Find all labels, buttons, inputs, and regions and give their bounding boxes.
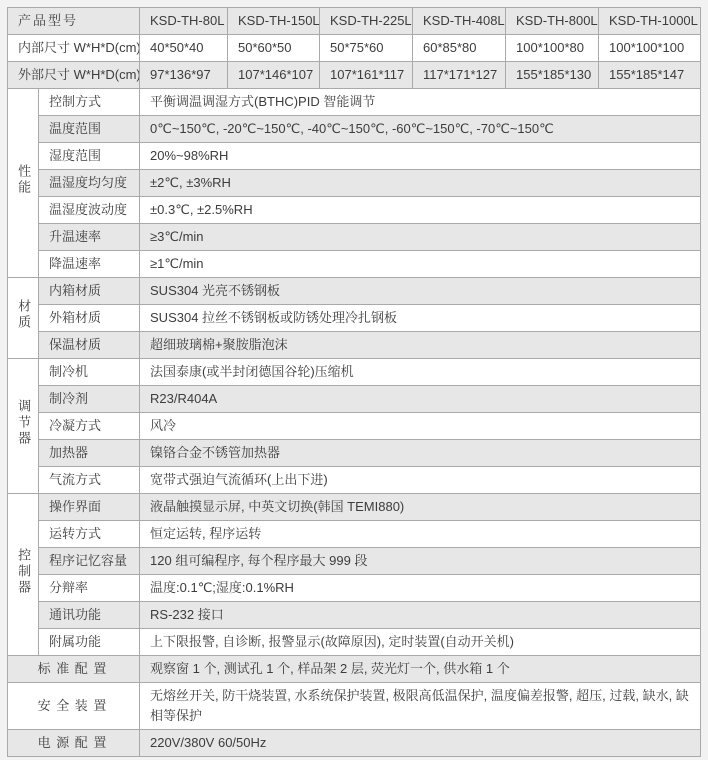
spec-row: 附属功能 上下限报警, 自诊断, 报警显示(故障原因), 定时装置(自动开关机) <box>8 629 701 656</box>
group-label: 材质 <box>14 299 32 331</box>
row-value: 无熔丝开关, 防干烧装置, 水系统保护装置, 极限高低温保护, 温度偏差报警, … <box>140 683 701 730</box>
row-label: 温湿度均匀度 <box>39 170 140 197</box>
row-label: 冷凝方式 <box>39 413 140 440</box>
spec-row: 通讯功能 RS-232 接口 <box>8 602 701 629</box>
row-value: 220V/380V 60/50Hz <box>140 730 701 757</box>
row-label: 内箱材质 <box>39 278 140 305</box>
spec-row: 温度范围 0℃~150℃, -20℃~150℃, -40℃~150℃, -60℃… <box>8 116 701 143</box>
spec-row: 调节器 制冷机 法国泰康(或半封闭德国谷轮)压缩机 <box>8 359 701 386</box>
row-value: 0℃~150℃, -20℃~150℃, -40℃~150℃, -60℃~150℃… <box>140 116 701 143</box>
group-cell-performance: 性能 <box>8 89 39 278</box>
dim-cell: 50*60*50 <box>228 35 320 62</box>
model-cell: KSD-TH-225L <box>320 8 413 35</box>
spec-row: 程序记忆容量 120 组可编程序, 每个程序最大 999 段 <box>8 548 701 575</box>
group-label: 控制器 <box>14 548 32 596</box>
model-header-row: 产品型号 KSD-TH-80L KSD-TH-150L KSD-TH-225L … <box>8 8 701 35</box>
row-label: 降温速率 <box>39 251 140 278</box>
spec-row: 温湿度波动度 ±0.3℃, ±2.5%RH <box>8 197 701 224</box>
row-value: R23/R404A <box>140 386 701 413</box>
dim-cell: 100*100*80 <box>506 35 599 62</box>
dim-cell: 117*171*127 <box>413 62 506 89</box>
model-cell: KSD-TH-80L <box>140 8 228 35</box>
spec-row: 保温材质 超细玻璃棉+聚胺脂泡沫 <box>8 332 701 359</box>
row-label: 气流方式 <box>39 467 140 494</box>
model-cell: KSD-TH-1000L <box>599 8 701 35</box>
spec-row: 控制器 操作界面 液晶触摸显示屏, 中英文切换(韩国 TEMI880) <box>8 494 701 521</box>
row-label: 附属功能 <box>39 629 140 656</box>
row-label: 温度范围 <box>39 116 140 143</box>
dim-cell: 100*100*100 <box>599 35 701 62</box>
row-value: 温度:0.1℃;湿度:0.1%RH <box>140 575 701 602</box>
standard-config-row: 标 准 配 置 观察窗 1 个, 测试孔 1 个, 样品架 2 层, 荧光灯一个… <box>8 656 701 683</box>
group-cell-controller: 控制器 <box>8 494 39 656</box>
dim-cell: 97*136*97 <box>140 62 228 89</box>
row-value: ±2℃, ±3%RH <box>140 170 701 197</box>
dim-cell: 155*185*130 <box>506 62 599 89</box>
dim-cell: 60*85*80 <box>413 35 506 62</box>
model-cell: KSD-TH-150L <box>228 8 320 35</box>
row-label: 控制方式 <box>39 89 140 116</box>
inner-dims-row: 内部尺寸 W*H*D(cm) 40*50*40 50*60*50 50*75*6… <box>8 35 701 62</box>
row-value: 恒定运转, 程序运转 <box>140 521 701 548</box>
row-value: 上下限报警, 自诊断, 报警显示(故障原因), 定时装置(自动开关机) <box>140 629 701 656</box>
row-label: 保温材质 <box>39 332 140 359</box>
spec-row: 制冷剂 R23/R404A <box>8 386 701 413</box>
row-value: 宽带式强迫气流循环(上出下进) <box>140 467 701 494</box>
row-value: 风冷 <box>140 413 701 440</box>
dim-cell: 40*50*40 <box>140 35 228 62</box>
products-label: 产品型号 <box>8 8 140 35</box>
row-label: 分辩率 <box>39 575 140 602</box>
spec-row: 升温速率 ≥3℃/min <box>8 224 701 251</box>
power-config-row: 电 源 配 置 220V/380V 60/50Hz <box>8 730 701 757</box>
spec-row: 加热器 镍铬合金不锈管加热器 <box>8 440 701 467</box>
row-label: 标 准 配 置 <box>8 656 140 683</box>
spec-table: 产品型号 KSD-TH-80L KSD-TH-150L KSD-TH-225L … <box>7 7 701 757</box>
dim-cell: 50*75*60 <box>320 35 413 62</box>
dim-cell: 155*185*147 <box>599 62 701 89</box>
spec-row: 气流方式 宽带式强迫气流循环(上出下进) <box>8 467 701 494</box>
spec-row: 分辩率 温度:0.1℃;湿度:0.1%RH <box>8 575 701 602</box>
row-value: 液晶触摸显示屏, 中英文切换(韩国 TEMI880) <box>140 494 701 521</box>
page: 产品型号 KSD-TH-80L KSD-TH-150L KSD-TH-225L … <box>0 0 708 760</box>
spec-row: 降温速率 ≥1℃/min <box>8 251 701 278</box>
row-label: 电 源 配 置 <box>8 730 140 757</box>
row-value: ≥1℃/min <box>140 251 701 278</box>
outer-dims-label: 外部尺寸 W*H*D(cm) <box>8 62 140 89</box>
row-label: 加热器 <box>39 440 140 467</box>
spec-row: 运转方式 恒定运转, 程序运转 <box>8 521 701 548</box>
row-label: 外箱材质 <box>39 305 140 332</box>
spec-row: 湿度范围 20%~98%RH <box>8 143 701 170</box>
row-value: SUS304 拉丝不锈钢板或防锈处理冷扎钢板 <box>140 305 701 332</box>
row-label: 制冷机 <box>39 359 140 386</box>
model-cell: KSD-TH-800L <box>506 8 599 35</box>
spec-row: 温湿度均匀度 ±2℃, ±3%RH <box>8 170 701 197</box>
inner-dims-label: 内部尺寸 W*H*D(cm) <box>8 35 140 62</box>
row-value: 观察窗 1 个, 测试孔 1 个, 样品架 2 层, 荧光灯一个, 供水箱 1 … <box>140 656 701 683</box>
row-value: 法国泰康(或半封闭德国谷轮)压缩机 <box>140 359 701 386</box>
group-cell-material: 材质 <box>8 278 39 359</box>
spec-row: 材质 内箱材质 SUS304 光亮不锈钢板 <box>8 278 701 305</box>
row-value: ≥3℃/min <box>140 224 701 251</box>
spec-row: 外箱材质 SUS304 拉丝不锈钢板或防锈处理冷扎钢板 <box>8 305 701 332</box>
group-cell-regulator: 调节器 <box>8 359 39 494</box>
group-label: 调节器 <box>14 399 32 447</box>
dim-cell: 107*146*107 <box>228 62 320 89</box>
row-value: RS-232 接口 <box>140 602 701 629</box>
row-value: SUS304 光亮不锈钢板 <box>140 278 701 305</box>
group-label: 性能 <box>14 164 32 196</box>
dim-cell: 107*161*117 <box>320 62 413 89</box>
row-label: 升温速率 <box>39 224 140 251</box>
model-cell: KSD-TH-408L <box>413 8 506 35</box>
row-value: 平衡调温调湿方式(BTHC)PID 智能调节 <box>140 89 701 116</box>
row-label: 操作界面 <box>39 494 140 521</box>
row-label: 通讯功能 <box>39 602 140 629</box>
row-label: 运转方式 <box>39 521 140 548</box>
row-label: 程序记忆容量 <box>39 548 140 575</box>
spec-row: 性能 控制方式 平衡调温调湿方式(BTHC)PID 智能调节 <box>8 89 701 116</box>
row-value: 120 组可编程序, 每个程序最大 999 段 <box>140 548 701 575</box>
row-label: 温湿度波动度 <box>39 197 140 224</box>
row-value: 20%~98%RH <box>140 143 701 170</box>
row-label: 安 全 装 置 <box>8 683 140 730</box>
row-value: 镍铬合金不锈管加热器 <box>140 440 701 467</box>
row-label: 制冷剂 <box>39 386 140 413</box>
safety-devices-row: 安 全 装 置 无熔丝开关, 防干烧装置, 水系统保护装置, 极限高低温保护, … <box>8 683 701 730</box>
outer-dims-row: 外部尺寸 W*H*D(cm) 97*136*97 107*146*107 107… <box>8 62 701 89</box>
row-label: 湿度范围 <box>39 143 140 170</box>
spec-row: 冷凝方式 风冷 <box>8 413 701 440</box>
row-value: 超细玻璃棉+聚胺脂泡沫 <box>140 332 701 359</box>
row-value: ±0.3℃, ±2.5%RH <box>140 197 701 224</box>
